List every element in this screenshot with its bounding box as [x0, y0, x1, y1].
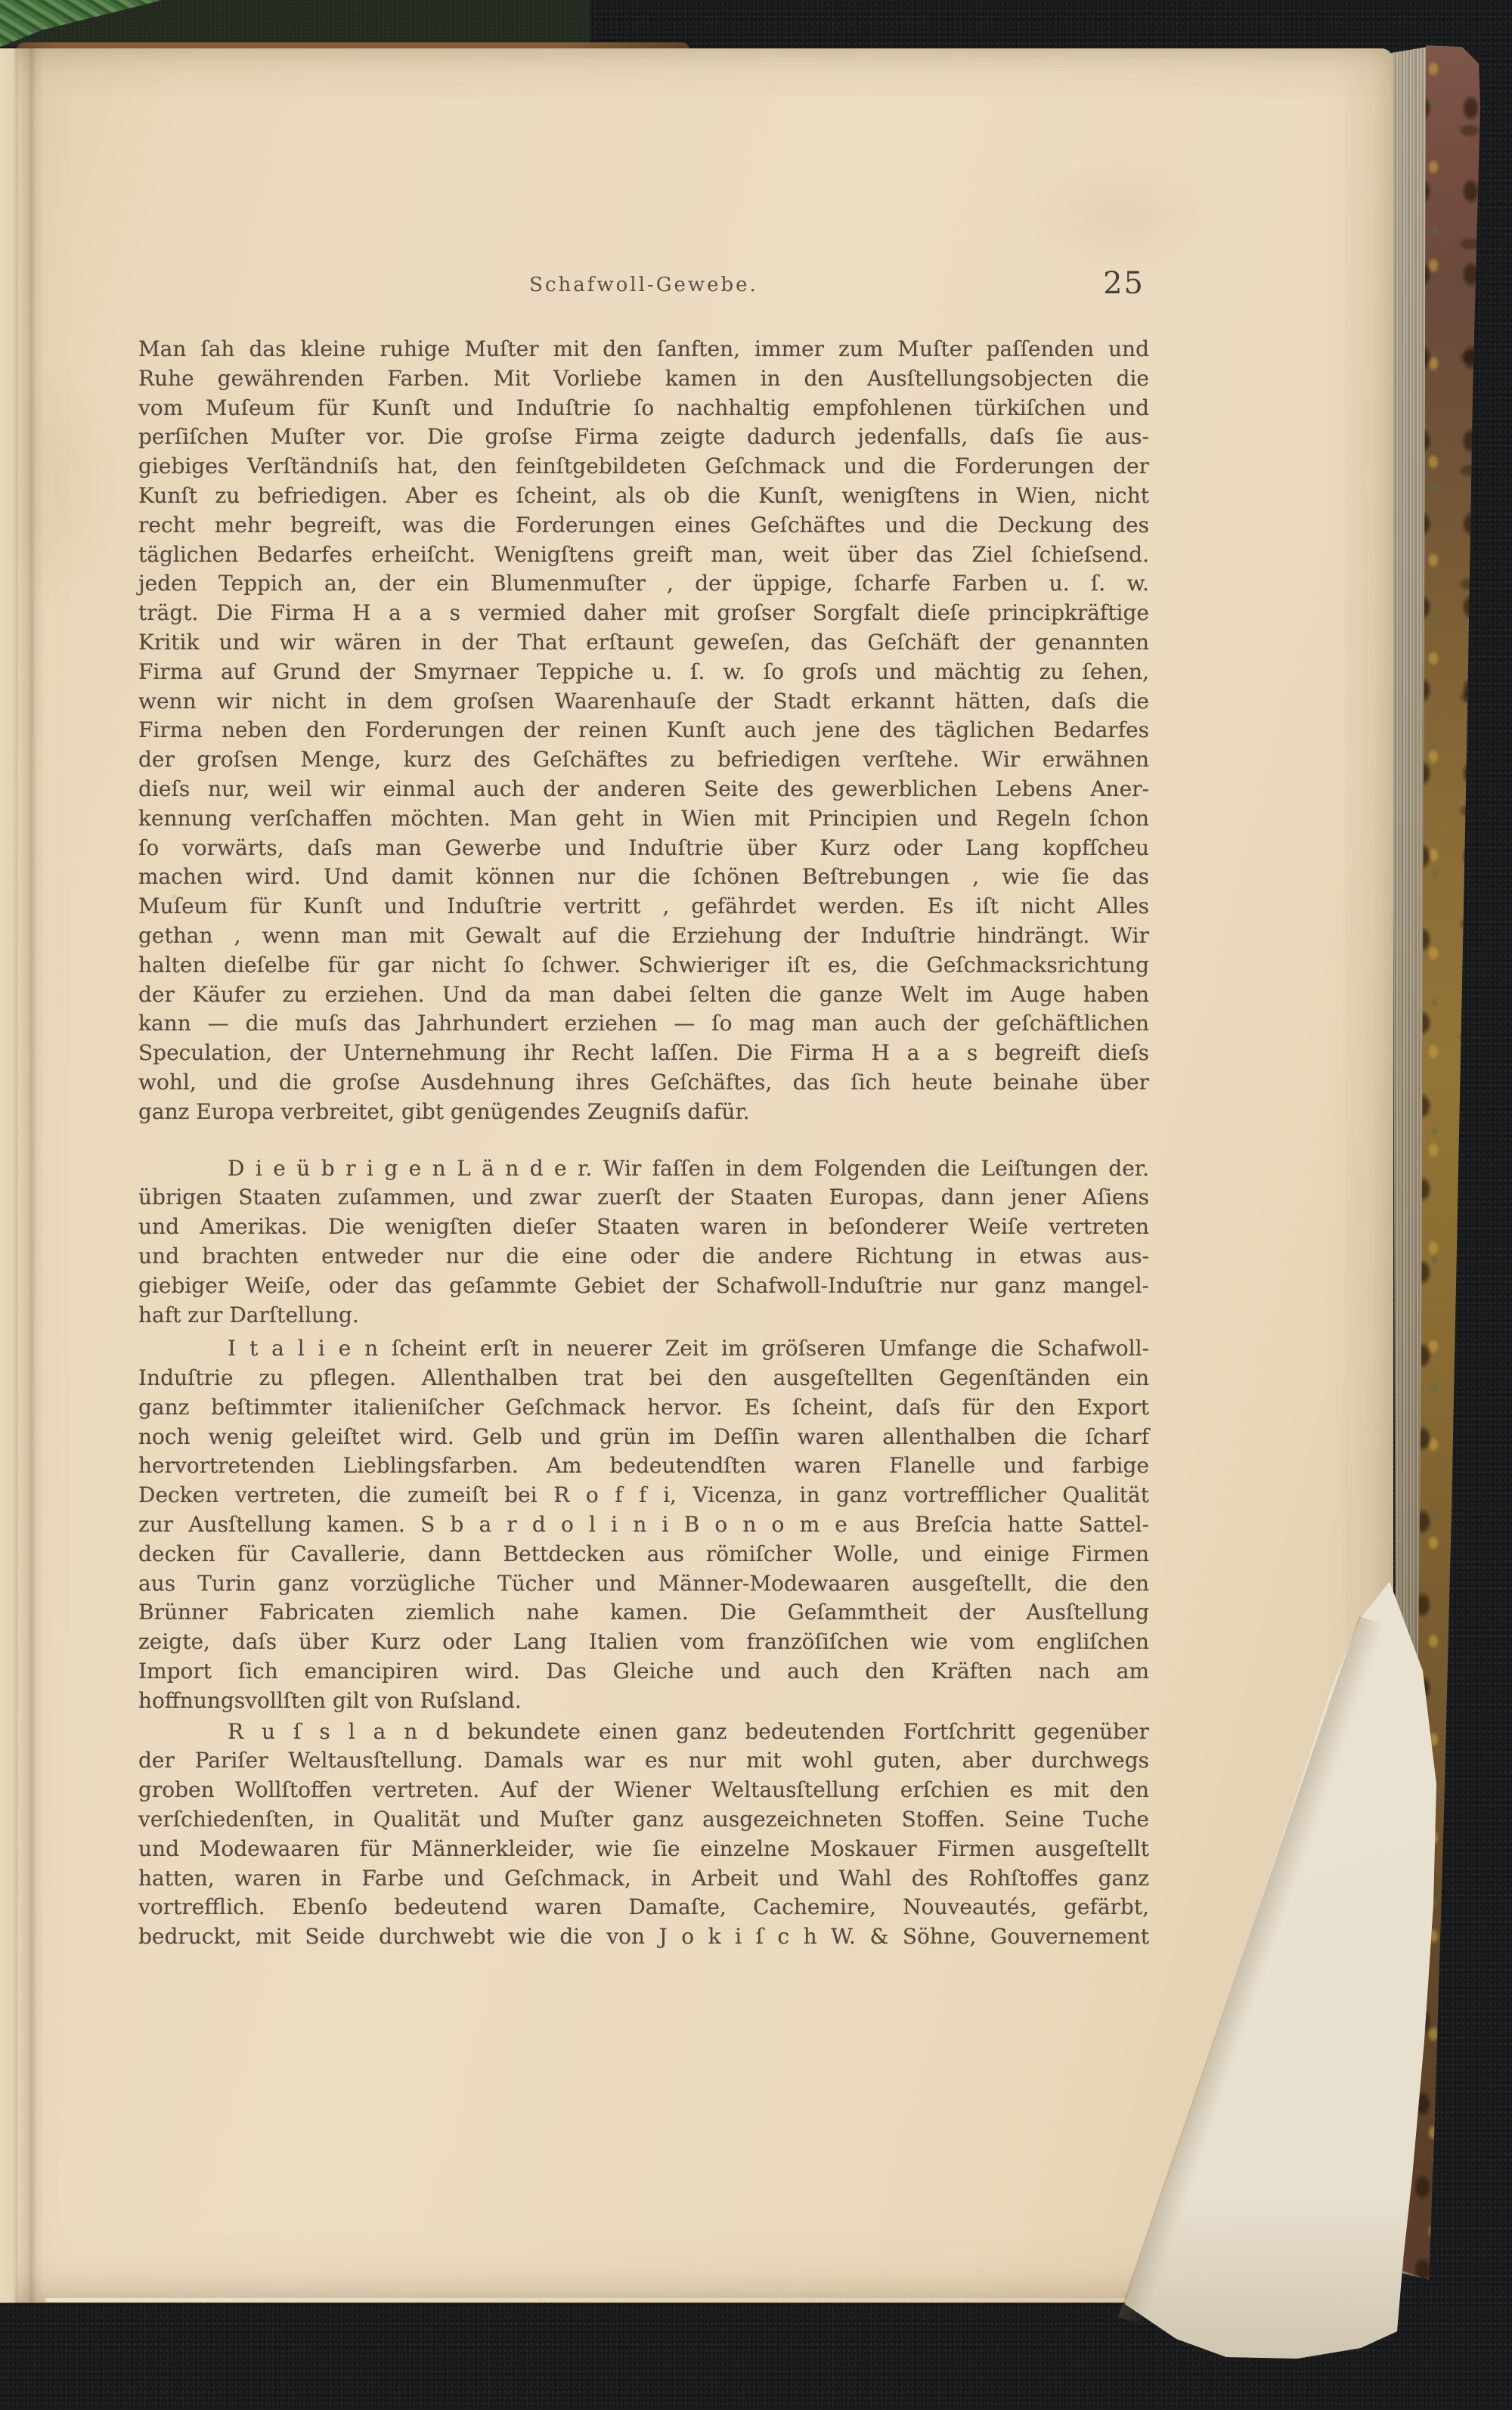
text-line: giebiges Verſtändniſs hat, den feinſtgeb… — [138, 452, 1149, 482]
text-line: Ruhe gewährenden Farben. Mit Vorliebe ka… — [138, 364, 1149, 394]
text-line: Man ſah das kleine ruhige Muſter mit den… — [138, 335, 1149, 364]
gutter-crease — [18, 48, 44, 2303]
text-line: hatten, waren in Farbe und Geſchmack, in… — [138, 1864, 1149, 1894]
page-bottom-edge — [45, 2298, 1126, 2302]
text-line: recht mehr begreift, was die Forderungen… — [138, 511, 1149, 541]
text-line: dieſs nur, weil wir einmal auch der ande… — [138, 775, 1149, 804]
text-line: wenn wir nicht in dem groſsen Waarenhauſ… — [138, 687, 1149, 717]
text-line: der Käufer zu erziehen. Und da man dabei… — [138, 980, 1149, 1010]
text-line: trägt. Die Firma H a a s vermied daher m… — [138, 599, 1149, 628]
paragraph: D i e ü b r i g e n L ä n d e r. Wir faſ… — [138, 1154, 1149, 1330]
text-line: giebiger Weiſe, oder das geſammte Gebiet… — [138, 1272, 1149, 1301]
text-line: kennung verſchaffen möchten. Man geht in… — [138, 804, 1149, 834]
text-line: und Amerikas. Die wenigſten dieſer Staat… — [138, 1213, 1149, 1242]
body-text: Man ſah das kleine ruhige Muſter mit den… — [138, 335, 1149, 1952]
text-line: machen wird. Und damit können nur die ſc… — [138, 863, 1149, 892]
text-line: hoffnungsvollſten gilt von Ruſsland. — [138, 1687, 1149, 1716]
text-line: vortrefflich. Ebenſo bedeutend waren Dam… — [138, 1893, 1149, 1922]
text-line: perſiſchen Muſter vor. Die groſse Firma … — [138, 423, 1149, 452]
text-line: noch wenig geleiſtet wird. Gelb und grün… — [138, 1423, 1149, 1452]
text-line: hervortretenden Lieblingsfarben. Am bede… — [138, 1451, 1149, 1481]
text-line: ganz Europa verbreitet, gibt genügendes … — [138, 1098, 1149, 1127]
text-line: der groſsen Menge, kurz des Geſchäftes z… — [138, 745, 1149, 775]
book-scan: Schafwoll-Gewebe. 25 Man ſah das kleine … — [0, 0, 1512, 2410]
paragraph: I t a l i e n ſcheint erſt in neuerer Ze… — [138, 1334, 1149, 1715]
text-line: vom Muſeum für Kunſt und Induſtrie ſo na… — [138, 394, 1149, 423]
page-number: 25 — [1103, 266, 1145, 301]
text-line: Firma auf Grund der Smyrnaer Teppiche u.… — [138, 658, 1149, 687]
text-line: decken für Cavallerie, dann Bettdecken a… — [138, 1540, 1149, 1569]
text-line: und brachten entweder nur die eine oder … — [138, 1242, 1149, 1272]
left-leaf-edge — [0, 48, 18, 2303]
text-line: D i e ü b r i g e n L ä n d e r. Wir faſ… — [138, 1154, 1149, 1184]
text-line: kann — die muſs das Jahrhundert erziehen… — [138, 1009, 1149, 1039]
text-line: groben Wollſtoffen vertreten. Auf der Wi… — [138, 1776, 1149, 1805]
text-line: Kritik und wir wären in der That erſtaun… — [138, 628, 1149, 658]
text-line: übrigen Staaten zuſammen, und zwar zuerſ… — [138, 1183, 1149, 1213]
text-line: zur Ausſtellung kamen. S b a r d o l i n… — [138, 1510, 1149, 1540]
text-line: aus Turin ganz vorzügliche Tücher und Mä… — [138, 1569, 1149, 1599]
text-line: R u ſ s l a n d bekundete einen ganz bed… — [138, 1718, 1149, 1747]
text-line: Induſtrie zu pflegen. Allenthalben trat … — [138, 1364, 1149, 1393]
paragraph: R u ſ s l a n d bekundete einen ganz bed… — [138, 1718, 1149, 1952]
text-line: ganz beſtimmter italieniſcher Geſchmack … — [138, 1393, 1149, 1423]
text-line: gethan , wenn man mit Gewalt auf die Erz… — [138, 922, 1149, 951]
paragraph: Man ſah das kleine ruhige Muſter mit den… — [138, 335, 1149, 1127]
text-line: und Modewaaren für Männerkleider, wie ſi… — [138, 1835, 1149, 1864]
text-line: täglichen Bedarfes erheiſcht. Wenigſtens… — [138, 541, 1149, 570]
running-title: Schafwoll-Gewebe. — [138, 274, 1149, 296]
text-line: der Pariſer Weltausſtellung. Damals war … — [138, 1746, 1149, 1776]
text-line: Firma neben den Forderungen der reinen K… — [138, 716, 1149, 745]
text-line: haft zur Darſtellung. — [138, 1301, 1149, 1330]
text-line: wohl, und die groſse Ausdehnung ihres Ge… — [138, 1068, 1149, 1098]
text-line: jeden Teppich an, der ein Blumenmuſter ,… — [138, 569, 1149, 599]
running-header: Schafwoll-Gewebe. 25 — [138, 274, 1149, 310]
text-column: Schafwoll-Gewebe. 25 Man ſah das kleine … — [138, 274, 1149, 1952]
text-line: zeigte, daſs über Kurz oder Lang Italien… — [138, 1628, 1149, 1657]
text-line: I t a l i e n ſcheint erſt in neuerer Ze… — [138, 1334, 1149, 1364]
text-line: bedruckt, mit Seide durchwebt wie die vo… — [138, 1922, 1149, 1952]
text-line: Muſeum für Kunſt und Induſtrie vertritt … — [138, 892, 1149, 922]
text-line: Decken vertreten, die zumeiſt bei R o f … — [138, 1481, 1149, 1510]
text-line: Import ſich emancipiren wird. Das Gleich… — [138, 1657, 1149, 1687]
text-line: Kunſt zu befriedigen. Aber es ſcheint, a… — [138, 482, 1149, 511]
text-line: Speculation, der Unternehmung ihr Recht … — [138, 1039, 1149, 1068]
text-line: verſchiedenſten, in Qualität und Muſter … — [138, 1805, 1149, 1835]
text-line: Brünner Fabricaten ziemlich nahe kamen. … — [138, 1598, 1149, 1628]
text-line: halten dieſelbe für gar nicht ſo ſchwer.… — [138, 951, 1149, 980]
text-line: ſo vorwärts, daſs man Gewerbe und Induſt… — [138, 834, 1149, 863]
